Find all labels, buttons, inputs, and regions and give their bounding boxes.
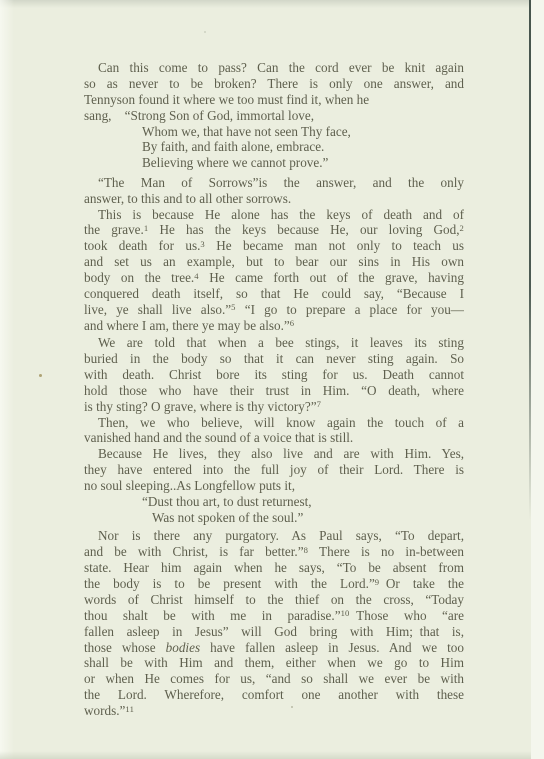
text-run: This is because He alone has the keys of… — [98, 207, 464, 222]
text-run: By faith, and faith alone, embrace. — [142, 139, 324, 154]
italic-text: bodies — [166, 640, 200, 655]
page-top-shadow — [0, 0, 531, 8]
text-run: sang, “Strong Son of God, immortal love, — [84, 108, 314, 123]
page-left-highlight — [0, 0, 14, 759]
text-run: Nor is there any purgatory. As Paul says… — [98, 528, 464, 543]
paragraph: This is because He alone has the keys of… — [84, 207, 464, 334]
text-run: Was not spoken of the soul.” — [152, 510, 303, 525]
text-line: buried in the body so that it can never … — [84, 351, 464, 367]
text-line: sang, “Strong Son of God, immortal love, — [84, 108, 464, 124]
footnote-marker: 1 — [144, 223, 149, 233]
text-line: or when He comes for us, “and so shall w… — [84, 671, 464, 687]
text-run: He came forth out of the grave, having — [199, 270, 464, 285]
text-line: This is because He alone has the keys of… — [84, 207, 464, 223]
footnote-marker: 10 — [341, 608, 350, 618]
verse-block: sang, “Strong Son of God, immortal love,… — [84, 108, 464, 172]
paragraph: Because He lives, they also live and are… — [84, 446, 464, 494]
footnote-marker: 9 — [375, 577, 380, 587]
text-run: conquered death itself, so that He could… — [84, 286, 464, 301]
text-line: and where I am, there ye may be also.”6 — [84, 318, 464, 334]
footnote-marker: 11 — [125, 704, 134, 714]
footnote-marker: 3 — [200, 239, 205, 249]
dust-speck — [291, 706, 293, 708]
text-line: and be with Christ, is far better.”8 The… — [84, 544, 464, 560]
text-line: state. Hear him again when he says, “To … — [84, 560, 464, 576]
text-line: is thy sting? O grave, where is thy vict… — [84, 399, 464, 415]
footnote-marker: 5 — [231, 302, 236, 312]
text-run: those whose — [84, 640, 166, 655]
text-run: “I go to prepare a place for you— — [236, 302, 464, 317]
text-run: hold those who have their trust in Him. … — [84, 383, 464, 398]
text-line: Then, we who believe, will know again th… — [84, 415, 464, 431]
text-run: There is no in-between — [308, 544, 464, 559]
footnote-marker: 2 — [460, 223, 464, 233]
paragraph: “The Man of Sorrows”is the answer, and t… — [84, 175, 464, 207]
text-run: and where I am, there ye may be also.” — [84, 318, 290, 333]
text-run: and set us an example, but to bear our s… — [84, 254, 464, 269]
text-line: no soul sleeping..As Longfellow puts it, — [84, 478, 464, 494]
text-run: they have entered into the full joy of t… — [84, 462, 464, 477]
text-line: conquered death itself, so that He could… — [84, 286, 464, 302]
paragraph: Can this come to pass? Can the cord ever… — [84, 60, 464, 108]
text-run: Because He lives, they also live and are… — [98, 446, 464, 461]
text-line: Whom we, that have not seen Thy face, — [84, 124, 464, 140]
text-line: Can this come to pass? Can the cord ever… — [84, 60, 464, 76]
text-block: Can this come to pass? Can the cord ever… — [84, 60, 464, 719]
text-line: “Dust thou art, to dust returnest, — [84, 494, 464, 510]
text-run: took death for us. — [84, 238, 200, 253]
text-line: thou shalt be with me in paradise.”10 Th… — [84, 608, 464, 624]
text-line: shall be with Him and them, either when … — [84, 655, 464, 671]
text-line: they have entered into the full joy of t… — [84, 462, 464, 478]
text-run: Then, we who believe, will know again th… — [98, 415, 464, 430]
text-run: the Lord. Wherefore, comfort one another… — [84, 687, 464, 702]
text-run: Those who “are — [350, 608, 464, 623]
text-run: state. Hear him again when he says, “To … — [84, 560, 464, 575]
text-line: Nor is there any purgatory. As Paul says… — [84, 528, 464, 544]
page-bottom-shadow — [0, 751, 531, 759]
verse-block: “Dust thou art, to dust returnest,Was no… — [84, 494, 464, 526]
text-line: the body is to be present with the Lord.… — [84, 576, 464, 592]
dust-speck — [204, 31, 206, 33]
text-line: body on the tree.4 He came forth out of … — [84, 270, 464, 286]
paragraph: Then, we who believe, will know again th… — [84, 415, 464, 447]
text-run: Tennyson found it where we too must find… — [84, 92, 369, 107]
text-line: Because He lives, they also live and are… — [84, 446, 464, 462]
text-run: have fallen asleep in Jesus. And we too — [200, 640, 464, 655]
footnote-marker: 7 — [317, 399, 322, 409]
paragraph: Nor is there any purgatory. As Paul says… — [84, 528, 464, 719]
text-run: so as never to be broken? There is only … — [84, 76, 464, 91]
text-line: “The Man of Sorrows”is the answer, and t… — [84, 175, 464, 191]
text-line: so as never to be broken? There is only … — [84, 76, 464, 92]
text-line: By faith, and faith alone, embrace. — [84, 139, 464, 155]
text-line: Was not spoken of the soul.” — [84, 510, 464, 526]
text-line: and set us an example, but to bear our s… — [84, 254, 464, 270]
text-run: body on the tree. — [84, 270, 194, 285]
text-run: vanished hand and the sound of a voice t… — [84, 430, 353, 445]
text-line: fallen asleep in Jesus” will God bring w… — [84, 624, 464, 640]
page-edge-shadow — [529, 0, 531, 520]
text-line: We are told that when a bee stings, it l… — [84, 335, 464, 351]
text-run: the body is to be present with the Lord.… — [84, 576, 375, 591]
text-line: those whose bodies have fallen asleep in… — [84, 640, 464, 656]
text-run: the grave. — [84, 222, 144, 237]
dust-speck — [39, 374, 42, 377]
text-run: Or take the — [379, 576, 464, 591]
text-run: We are told that when a bee stings, it l… — [98, 335, 464, 350]
text-run: Whom we, that have not seen Thy face, — [142, 124, 351, 139]
text-run: is thy sting? O grave, where is thy vict… — [84, 399, 317, 414]
text-run: buried in the body so that it can never … — [84, 351, 464, 366]
text-line: Tennyson found it where we too must find… — [84, 92, 464, 108]
text-run: Can this come to pass? Can the cord ever… — [98, 60, 464, 75]
text-run: fallen asleep in Jesus” will God bring w… — [84, 624, 464, 639]
text-run: answer, to this and to all other sorrows… — [84, 191, 291, 206]
text-run: words.” — [84, 703, 125, 718]
footnote-marker: 4 — [194, 271, 199, 281]
text-line: words.”11 — [84, 703, 464, 719]
text-line: Believing where we cannot prove.” — [84, 155, 464, 171]
text-line: live, ye shall live also.”5 “I go to pre… — [84, 302, 464, 318]
text-run: words of Christ himself to the thief on … — [84, 592, 464, 607]
text-line: with death. Christ bore its sting for us… — [84, 367, 464, 383]
text-run: “Dust thou art, to dust returnest, — [142, 494, 312, 509]
text-line: words of Christ himself to the thief on … — [84, 592, 464, 608]
text-run: thou shalt be with me in paradise.” — [84, 608, 341, 623]
text-run: “The Man of Sorrows”is the answer, and t… — [98, 175, 464, 190]
footnote-marker: 6 — [290, 318, 295, 328]
text-run: and be with Christ, is far better.” — [84, 544, 304, 559]
paragraph: We are told that when a bee stings, it l… — [84, 335, 464, 414]
text-line: the Lord. Wherefore, comfort one another… — [84, 687, 464, 703]
text-line: took death for us.3 He became man not on… — [84, 238, 464, 254]
book-page: Can this come to pass? Can the cord ever… — [0, 0, 531, 759]
text-run: He has the keys because He, our loving G… — [148, 222, 459, 237]
text-run: live, ye shall live also.” — [84, 302, 231, 317]
text-line: the grave.1 He has the keys because He, … — [84, 222, 464, 238]
text-run: no soul sleeping..As Longfellow puts it, — [84, 478, 295, 493]
text-run: or when He comes for us, “and so shall w… — [84, 671, 464, 686]
text-line: vanished hand and the sound of a voice t… — [84, 430, 464, 446]
text-run: shall be with Him and them, either when … — [84, 655, 464, 670]
text-run: with death. Christ bore its sting for us… — [84, 367, 464, 382]
text-run: He became man not only to teach us — [205, 238, 464, 253]
footnote-marker: 8 — [304, 545, 309, 555]
text-line: hold those who have their trust in Him. … — [84, 383, 464, 399]
text-run: Believing where we cannot prove.” — [142, 155, 328, 170]
text-line: answer, to this and to all other sorrows… — [84, 191, 464, 207]
